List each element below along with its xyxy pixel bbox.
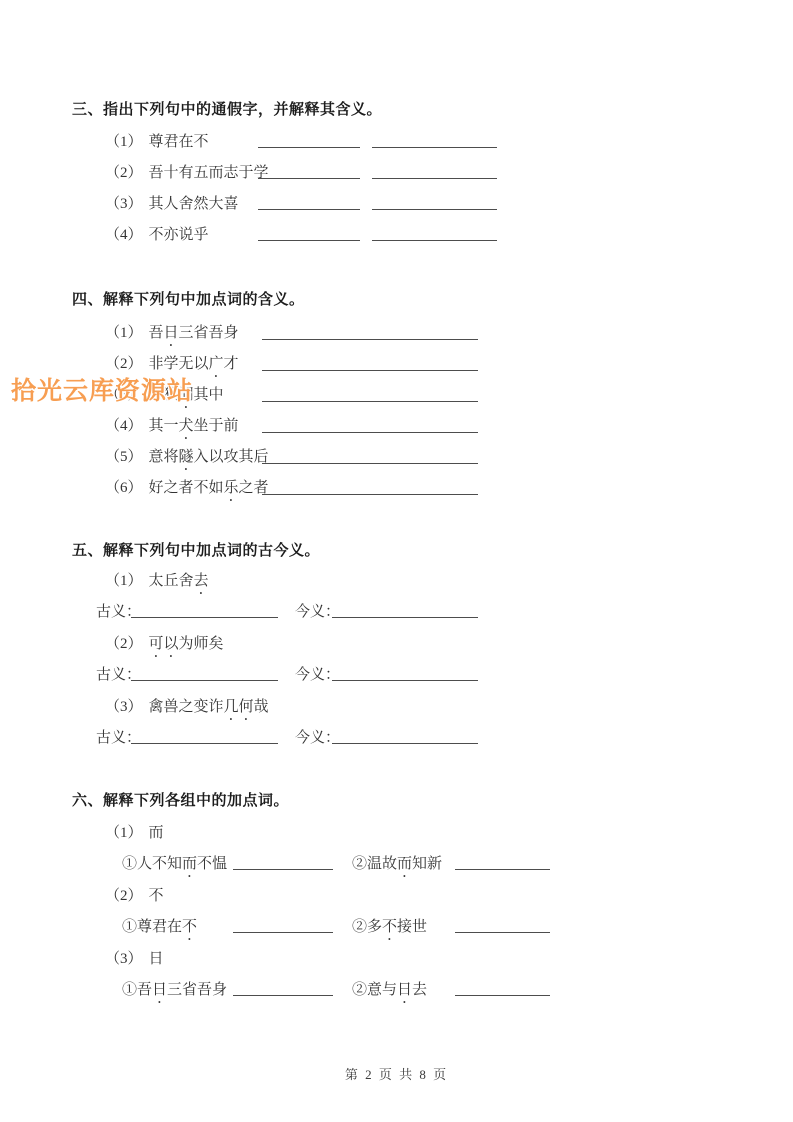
answer-blank <box>262 463 478 464</box>
group-word: 不 <box>149 888 164 904</box>
item-text-emphasized: 不 <box>182 919 197 935</box>
answer-blank <box>233 932 333 933</box>
item-text-emphasized: 隧 <box>179 449 194 465</box>
item-text-post: 入以攻其后 <box>194 449 269 465</box>
answer-blank <box>262 432 478 433</box>
answer-blank <box>332 680 478 681</box>
document-page: 三、指出下列句中的通假字，并解释其含义。 （1）尊君在不 （2）吾十有五而志于学… <box>0 0 793 1122</box>
item-text-pre: 太丘舍 <box>149 573 194 589</box>
q3-item-1: （1）尊君在不 <box>105 133 209 151</box>
item-text-emphasized: 不 <box>382 919 397 935</box>
q4-item-4: （4）其一犬坐于前 <box>105 417 239 443</box>
item-text-emphasized: 日 <box>152 982 167 998</box>
item-text: 不亦说乎 <box>149 227 209 243</box>
item-number: （2） <box>105 636 143 652</box>
item-text-post: 坐于前 <box>194 418 239 434</box>
group-word: 而 <box>149 825 164 841</box>
item-text-emphasized: 广 <box>209 356 224 372</box>
item-number: （3） <box>105 196 143 212</box>
item-text-pre: 多 <box>367 919 382 935</box>
item-text-post: 哉 <box>254 699 269 715</box>
q3-item-4: （4）不亦说乎 <box>105 226 209 244</box>
item-text-pre: 尊君在 <box>137 919 182 935</box>
q5-modern-label-2: 今义： <box>295 666 340 684</box>
answer-blank <box>131 680 278 681</box>
section-6-heading: 六、解释下列各组中的加点词。 <box>72 792 289 810</box>
answer-blank <box>262 339 478 340</box>
answer-blank <box>258 178 360 179</box>
item-text-emphasized: 日 <box>397 982 412 998</box>
item-text-emphasized: 日 <box>164 325 179 341</box>
answer-blank <box>258 209 360 210</box>
q6-group-3-word: （3）日 <box>105 950 164 968</box>
item-text-pre: 意将 <box>149 449 179 465</box>
answer-blank <box>455 995 550 996</box>
item-text-post: 三省吾身 <box>167 982 227 998</box>
item-number: （1） <box>105 134 143 150</box>
item-number: （3） <box>105 699 143 715</box>
q5-modern-label-1: 今义： <box>295 603 340 621</box>
q3-item-3: （3）其人舍然大喜 <box>105 195 239 213</box>
item-text-post: 知新 <box>412 856 442 872</box>
sub-item-number: ② <box>352 919 367 935</box>
item-number: （5） <box>105 449 143 465</box>
q6-group-2-b: ②多不接世 <box>352 918 427 944</box>
q5-ancient-label-1: 古义： <box>96 603 141 621</box>
q4-item-1: （1）吾日三省吾身 <box>105 324 239 350</box>
item-text-emphasized: 可以 <box>149 636 179 652</box>
item-text-emphasized: 犬 <box>179 418 194 434</box>
answer-blank <box>233 869 333 870</box>
item-number: （2） <box>105 888 143 904</box>
site-watermark: 拾光云库资源站 <box>11 378 193 404</box>
answer-blank <box>455 869 550 870</box>
item-text-pre: 意与 <box>367 982 397 998</box>
q6-group-2-word: （2）不 <box>105 887 164 905</box>
item-text-post: 其中 <box>194 387 224 403</box>
answer-blank <box>455 932 550 933</box>
answer-blank <box>372 147 497 148</box>
q3-item-2: （2）吾十有五而志于学 <box>105 164 269 182</box>
answer-blank <box>372 209 497 210</box>
item-text-post: 去 <box>412 982 427 998</box>
q5-ancient-label-3: 古义： <box>96 729 141 747</box>
answer-blank <box>262 494 478 495</box>
item-number: （1） <box>105 325 143 341</box>
item-text-emphasized: 而 <box>182 856 197 872</box>
answer-blank <box>233 995 333 996</box>
answer-blank <box>332 617 478 618</box>
item-number: （4） <box>105 418 143 434</box>
answer-blank <box>262 370 478 371</box>
item-text-emphasized: 去 <box>194 573 209 589</box>
item-text-pre: 温故 <box>367 856 397 872</box>
item-number: （4） <box>105 227 143 243</box>
sub-item-number: ① <box>122 856 137 872</box>
item-number: （2） <box>105 165 143 181</box>
sub-item-number: ① <box>122 982 137 998</box>
item-text-emphasized: 乐 <box>224 480 239 496</box>
section-5-heading: 五、解释下列句中加点词的古今义。 <box>72 542 320 560</box>
q5-ancient-label-2: 古义： <box>96 666 141 684</box>
answer-blank <box>131 743 278 744</box>
q4-item-5: （5）意将隧入以攻其后 <box>105 448 269 474</box>
answer-blank <box>258 147 360 148</box>
q6-group-1-a: ①人不知而不愠 <box>122 855 227 881</box>
answer-blank <box>332 743 478 744</box>
q6-group-2-a: ①尊君在不 <box>122 918 197 944</box>
q5-item-3: （3）禽兽之变诈几何哉 <box>105 698 269 724</box>
item-text-pre: 人不知 <box>137 856 182 872</box>
item-text-pre: 好之者不如 <box>149 480 224 496</box>
sub-item-number: ② <box>352 856 367 872</box>
item-number: （1） <box>105 573 143 589</box>
item-number: （6） <box>105 480 143 496</box>
q6-group-3-b: ②意与日去 <box>352 981 427 1007</box>
item-number: （2） <box>105 356 143 372</box>
sub-item-number: ① <box>122 919 137 935</box>
answer-blank <box>131 617 278 618</box>
item-text: 尊君在不 <box>149 134 209 150</box>
q5-item-2: （2）可以为师矣 <box>105 635 224 661</box>
section-4-heading: 四、解释下列句中加点词的含义。 <box>72 291 305 309</box>
item-text-post: 为师矣 <box>179 636 224 652</box>
section-3-heading: 三、指出下列句中的通假字，并解释其含义。 <box>72 101 382 119</box>
q5-item-1: （1）太丘舍去 <box>105 572 209 598</box>
answer-blank <box>258 240 360 241</box>
page-number: 第 2 页 共 8 页 <box>0 1064 793 1083</box>
sub-item-number: ② <box>352 982 367 998</box>
item-text: 吾十有五而志于学 <box>149 165 269 181</box>
item-text-post: 才 <box>224 356 239 372</box>
answer-blank <box>262 401 478 402</box>
q5-modern-label-3: 今义： <box>295 729 340 747</box>
item-text-pre: 吾 <box>137 982 152 998</box>
item-text-post: 接世 <box>397 919 427 935</box>
item-number: （1） <box>105 825 143 841</box>
item-text-pre: 禽兽之变诈 <box>149 699 224 715</box>
answer-blank <box>372 178 497 179</box>
q6-group-3-a: ①吾日三省吾身 <box>122 981 227 1007</box>
item-text-pre: 非学无以 <box>149 356 209 372</box>
item-text: 其人舍然大喜 <box>149 196 239 212</box>
item-text-pre: 其一 <box>149 418 179 434</box>
answer-blank <box>372 240 497 241</box>
item-number: （3） <box>105 951 143 967</box>
item-text-emphasized: 几何 <box>224 699 254 715</box>
item-text-pre: 吾 <box>149 325 164 341</box>
group-word: 日 <box>149 951 164 967</box>
q6-group-1-word: （1）而 <box>105 824 164 842</box>
item-text-emphasized: 而 <box>397 856 412 872</box>
item-text-post: 不愠 <box>197 856 227 872</box>
q6-group-1-b: ②温故而知新 <box>352 855 442 881</box>
item-text-post: 三省吾身 <box>179 325 239 341</box>
q4-item-6: （6）好之者不如乐之者 <box>105 479 269 505</box>
